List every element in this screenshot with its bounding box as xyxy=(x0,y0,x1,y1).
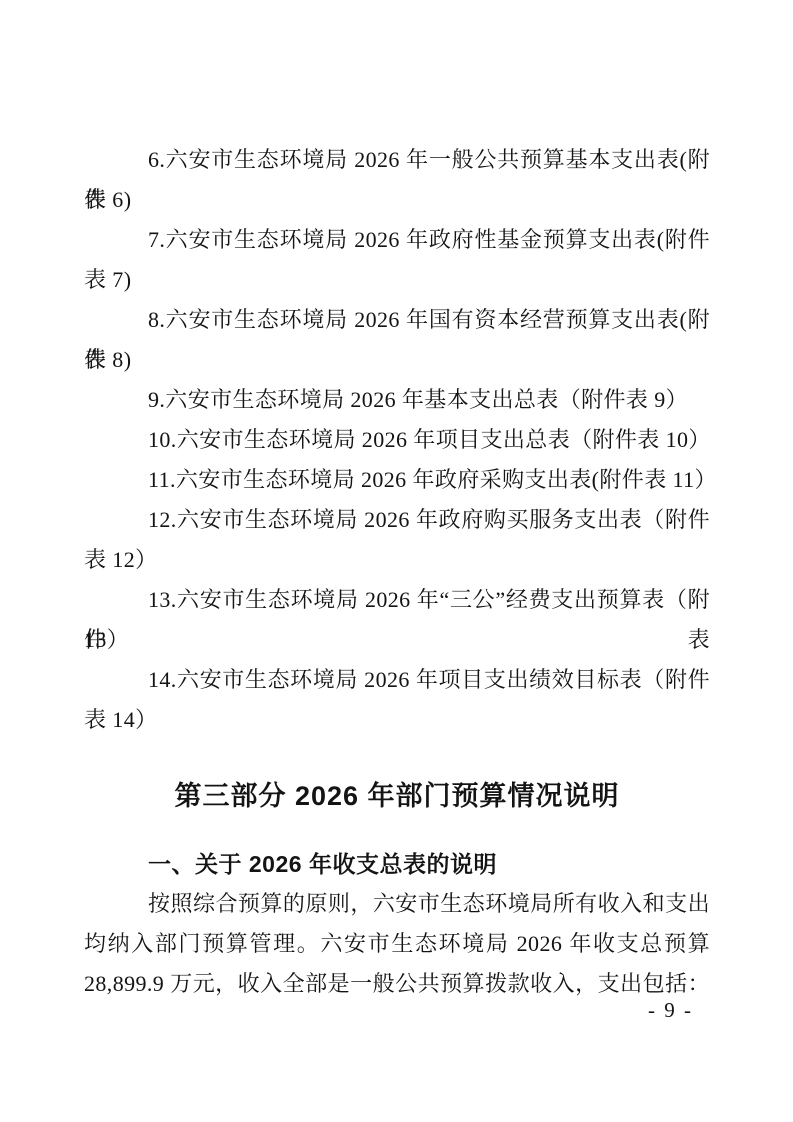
attachment-line-9: 9.六安市生态环境局 2026 年基本支出总表（附件表 9） xyxy=(84,380,710,420)
attachment-line-12-cont: 表 12） xyxy=(84,540,710,580)
paragraph-line: 均纳入部门预算管理。六安市生态环境局 2026 年收支总预算 xyxy=(84,924,710,964)
attachment-line-7: 7.六安市生态环境局 2026 年政府性基金预算支出表(附件 xyxy=(84,220,710,260)
attachment-line-13: 13.六安市生态环境局 2026 年“三公”经费支出预算表（附件表 xyxy=(84,580,710,620)
paragraph-line: 28,899.9 万元，收入全部是一般公共预算拨款收入，支出包括： xyxy=(84,964,710,1004)
attachment-line-11: 11.六安市生态环境局 2026 年政府采购支出表(附件表 11） xyxy=(84,460,710,500)
section-heading: 第三部分 2026 年部门预算情况说明 xyxy=(84,776,710,816)
attachment-line-6: 6.六安市生态环境局 2026 年一般公共预算基本支出表(附件 xyxy=(84,140,710,180)
attachment-line-14: 14.六安市生态环境局 2026 年项目支出绩效目标表（附件 xyxy=(84,660,710,700)
paragraph-line: 按照综合预算的原则，六安市生态环境局所有收入和支出 xyxy=(84,884,710,924)
attachment-line-10: 10.六安市生态环境局 2026 年项目支出总表（附件表 10） xyxy=(84,420,710,460)
attachment-line-7-cont: 表 7) xyxy=(84,260,710,300)
subsection-heading: 一、关于 2026 年收支总表的说明 xyxy=(84,844,710,884)
document-content: 6.六安市生态环境局 2026 年一般公共预算基本支出表(附件 表 6) 7.六… xyxy=(84,140,710,1004)
attachment-line-8: 8.六安市生态环境局 2026 年国有资本经营预算支出表(附件 xyxy=(84,300,710,340)
attachment-line-12: 12.六安市生态环境局 2026 年政府购买服务支出表（附件 xyxy=(84,500,710,540)
page-number: - 9 - xyxy=(648,994,693,1026)
attachment-line-8-cont: 表 8) xyxy=(84,340,710,380)
attachment-line-14-cont: 表 14） xyxy=(84,700,710,740)
document-page: 6.六安市生态环境局 2026 年一般公共预算基本支出表(附件 表 6) 7.六… xyxy=(0,0,793,1122)
attachment-line-6-cont: 表 6) xyxy=(84,180,710,220)
